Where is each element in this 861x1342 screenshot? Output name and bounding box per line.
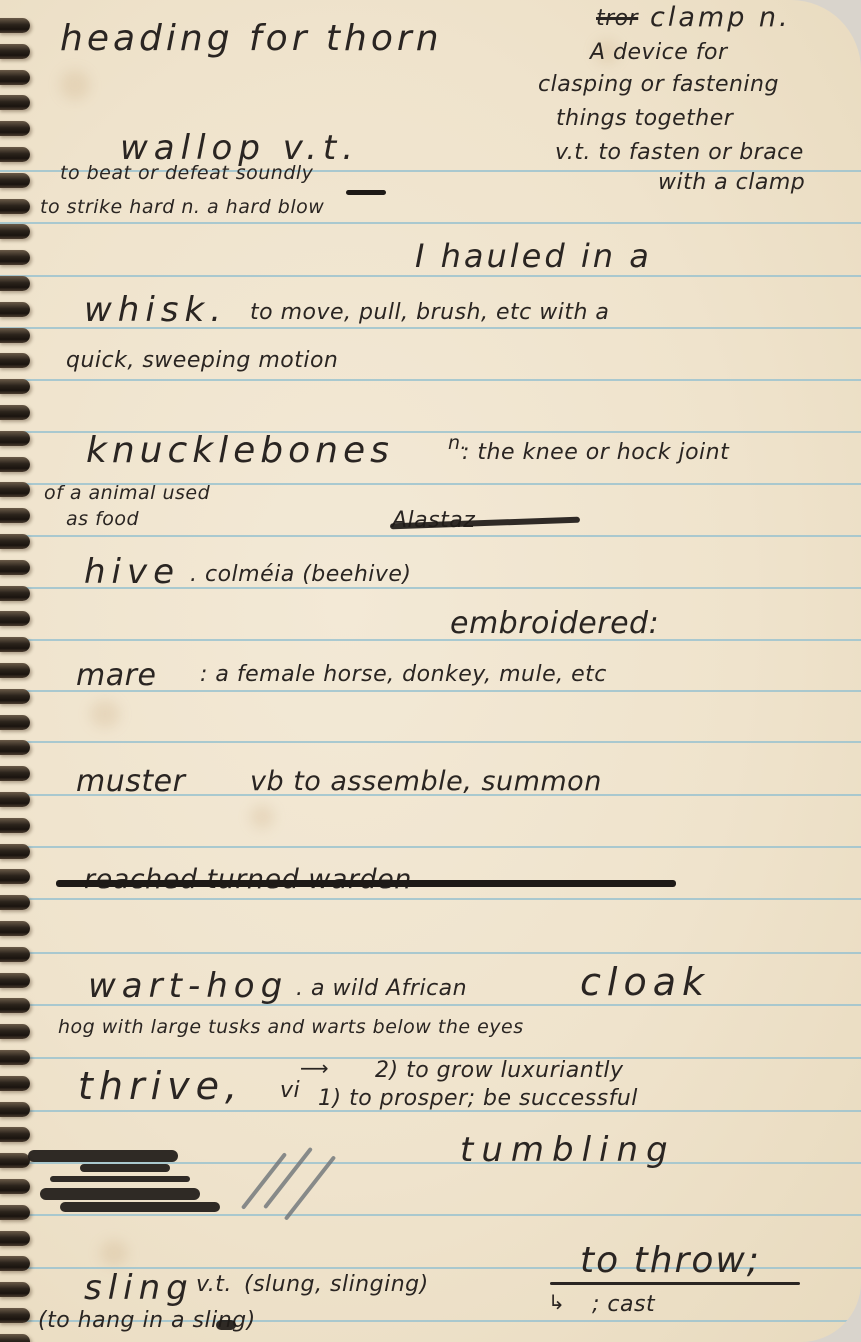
clamp-definition: clasping or fastening: [538, 72, 779, 97]
strike-through: [346, 190, 386, 195]
spiral-coil: [0, 353, 30, 368]
notebook-page: heading for thorn tror clamp n. A device…: [0, 0, 861, 1342]
spiral-coil: [0, 921, 30, 936]
clamp-definition: with a clamp: [658, 170, 805, 195]
spiral-coil: [0, 1334, 30, 1342]
spiral-coil: [0, 947, 30, 962]
spiral-coil: [0, 250, 30, 265]
mare-definition: : a female horse, donkey, mule, etc: [200, 662, 607, 687]
arrow-icon: ↳: [548, 1290, 565, 1314]
spiral-coil: [0, 792, 30, 807]
spiral-coil: [0, 44, 30, 59]
spiral-coil: [0, 1282, 30, 1297]
spiral-coil: [0, 586, 30, 601]
clamp-definition: v.t. to fasten or brace: [555, 140, 804, 165]
embroidered-text: embroidered:: [450, 606, 659, 641]
spiral-coil: [0, 1308, 30, 1323]
spiral-coil: [0, 1205, 30, 1220]
whisk-definition: quick, sweeping motion: [66, 348, 338, 373]
spiral-coil: [0, 199, 30, 214]
hive-definition: . colméia (beehive): [190, 562, 412, 587]
tumbling-text: tumbling: [460, 1130, 676, 1170]
warthog-word: wart-hog: [88, 966, 288, 1006]
spiral-coil: [0, 1153, 30, 1168]
clamp-word: clamp n.: [650, 2, 791, 33]
spiral-coil: [0, 70, 30, 85]
knucklebones-word: knucklebones: [86, 430, 394, 471]
spiral-coil: [0, 328, 30, 343]
whisk-definition: to move, pull, brush, etc with a: [250, 300, 609, 325]
spiral-coil: [0, 715, 30, 730]
spiral-coil: [0, 457, 30, 472]
spiral-coil: [0, 998, 30, 1013]
stain: [250, 805, 274, 829]
spiral-coil: [0, 637, 30, 652]
spiral-coil: [0, 689, 30, 704]
sling-word: sling: [84, 1268, 194, 1308]
strike-through: [216, 1320, 236, 1330]
spiral-coil: [0, 224, 30, 239]
clamp-definition: A device for: [590, 40, 728, 65]
knucklebones-definition: of a animal used: [44, 482, 210, 504]
spiral-coil: [0, 508, 30, 523]
knucklebones-definition: as food: [66, 508, 139, 530]
spiral-coil: [0, 1179, 30, 1194]
wallop-definition: to beat or defeat soundly: [60, 162, 313, 184]
muster-word: muster: [76, 764, 185, 799]
wallop-definition: to strike hard n. a hard blow: [40, 196, 324, 218]
muster-definition: vb to assemble, summon: [250, 766, 602, 797]
spiral-coil: [0, 560, 30, 575]
spiral-coil: [0, 740, 30, 755]
underline: [550, 1282, 800, 1285]
spiral-coil: [0, 431, 30, 446]
warthog-definition: . a wild African: [296, 976, 467, 1001]
spiral-coil: [0, 1127, 30, 1142]
spiral-coil: [0, 405, 30, 420]
spiral-coil: [0, 818, 30, 833]
arrow-icon: ⟶: [300, 1056, 329, 1080]
stain: [60, 70, 90, 100]
heading-text: heading for thorn: [60, 18, 443, 59]
thrive-definition: 2) to grow luxuriantly: [375, 1058, 623, 1083]
sling-definition: ; cast: [592, 1292, 655, 1317]
spiral-binding: [0, 0, 40, 1342]
spiral-coil: [0, 1024, 30, 1039]
warthog-definition: hog with large tusks and warts below the…: [58, 1016, 524, 1038]
sling-forms: (slung, slinging): [244, 1272, 429, 1297]
spiral-coil: [0, 173, 30, 188]
spiral-coil: [0, 302, 30, 317]
pos-label: vi: [280, 1078, 300, 1103]
spiral-coil: [0, 1102, 30, 1117]
cloak-text: cloak: [580, 960, 710, 1004]
spiral-coil: [0, 1256, 30, 1271]
spiral-coil: [0, 663, 30, 678]
spiral-coil: [0, 276, 30, 291]
spiral-coil: [0, 482, 30, 497]
spiral-coil: [0, 973, 30, 988]
thrive-definition: 1) to prosper; be successful: [318, 1086, 638, 1111]
sling-definition: to throw;: [580, 1240, 761, 1281]
spiral-coil: [0, 1231, 30, 1246]
knucklebones-definition: : the knee or hock joint: [462, 440, 729, 465]
pos-label: v.t.: [196, 1272, 232, 1297]
whisk-word: whisk.: [84, 290, 227, 330]
spiral-coil: [0, 147, 30, 162]
hauled-text: I hauled in a: [415, 237, 652, 275]
strike-through: [56, 880, 676, 887]
spiral-coil: [0, 895, 30, 910]
spiral-coil: [0, 18, 30, 33]
stain: [90, 700, 120, 728]
spiral-coil: [0, 1076, 30, 1091]
crossed-word: tror: [596, 6, 638, 31]
spiral-coil: [0, 1050, 30, 1065]
mare-word: mare: [76, 658, 156, 693]
hive-word: hive: [84, 552, 180, 592]
spiral-coil: [0, 844, 30, 859]
spiral-coil: [0, 611, 30, 626]
spiral-coil: [0, 121, 30, 136]
spiral-coil: [0, 869, 30, 884]
spiral-coil: [0, 534, 30, 549]
spiral-coil: [0, 766, 30, 781]
spiral-coil: [0, 379, 30, 394]
stain: [100, 1240, 128, 1266]
thrive-word: thrive,: [78, 1064, 243, 1108]
spiral-coil: [0, 95, 30, 110]
clamp-definition: things together: [556, 106, 733, 131]
